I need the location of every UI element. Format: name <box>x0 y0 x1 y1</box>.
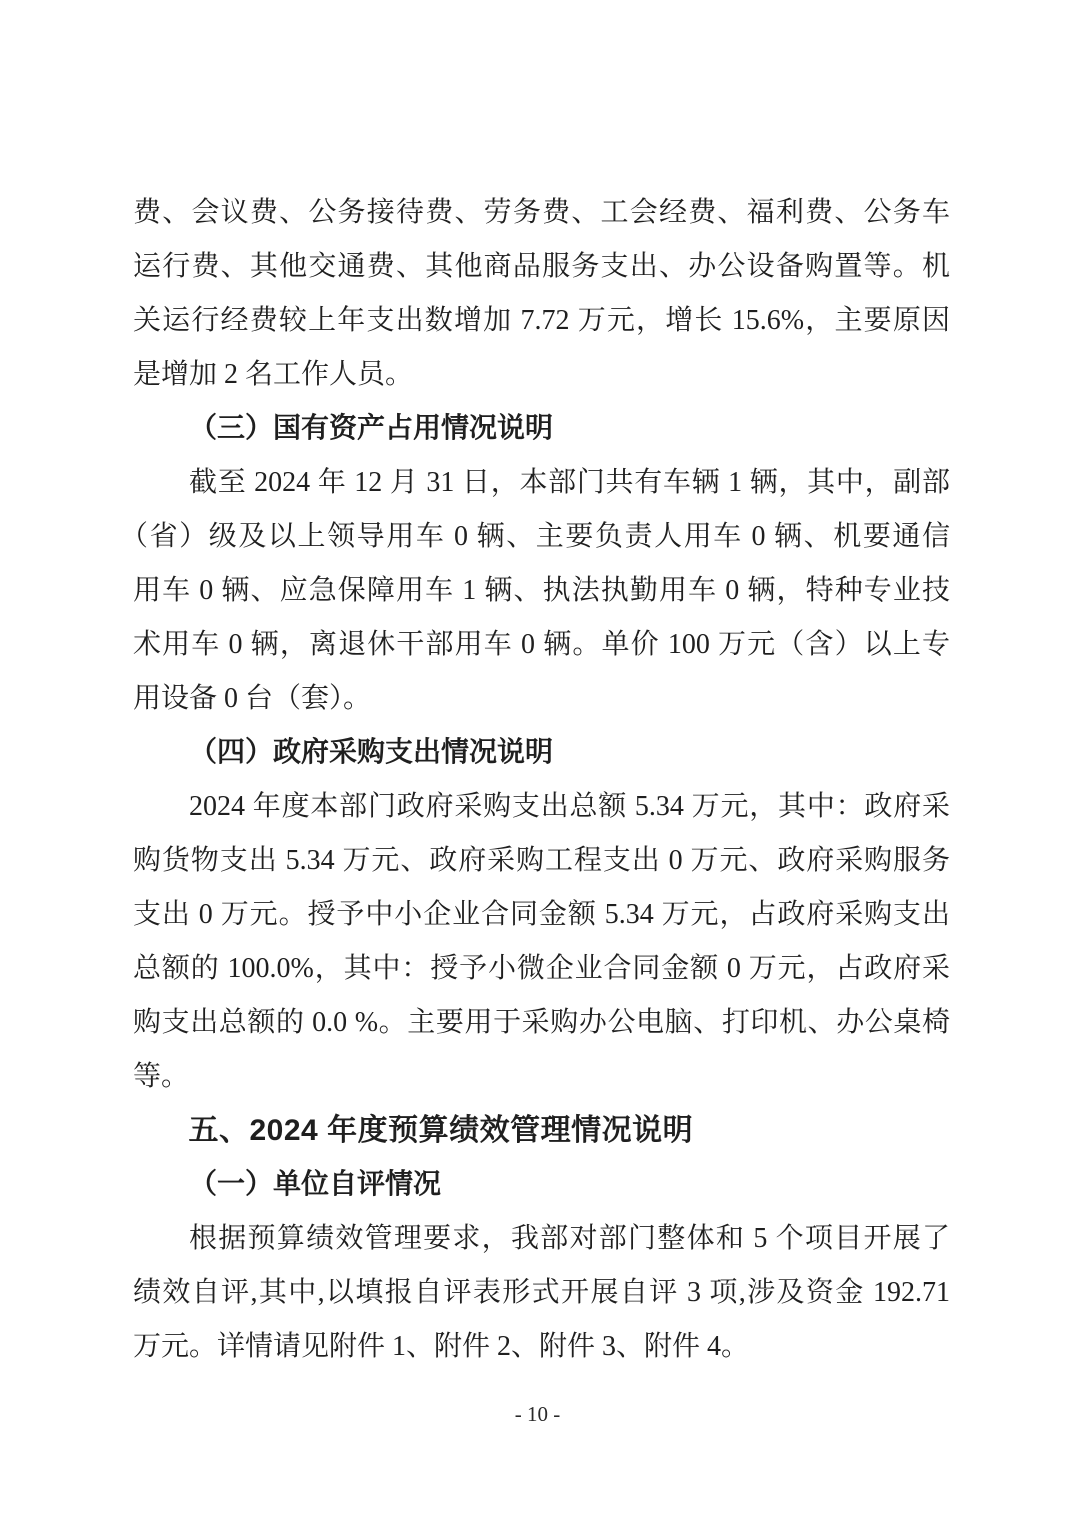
section-heading-gov-procurement: （四）政府采购支出情况说明 <box>133 726 950 780</box>
body-line: 术用车 0 辆，离退休干部用车 0 辆。单价 100 万元（含）以上专 <box>133 618 950 672</box>
body-line: （省）级及以上领导用车 0 辆、主要负责人用车 0 辆、机要通信 <box>120 510 950 564</box>
page-body: 费、会议费、公务接待费、劳务费、工会经费、福利费、公务车 运行费、其他交通费、其… <box>133 186 950 1374</box>
body-line: 运行费、其他交通费、其他商品服务支出、办公设备购置等。机 <box>133 240 950 294</box>
section-heading-self-evaluation: （一）单位自评情况 <box>133 1158 950 1212</box>
body-line: 用车 0 辆、应急保障用车 1 辆、执法执勤用车 0 辆，特种专业技 <box>133 564 950 618</box>
body-line: 截至 2024 年 12 月 31 日，本部门共有车辆 1 辆，其中，副部 <box>133 456 950 510</box>
body-line: 绩效自评,其中,以填报自评表形式开展自评 3 项,涉及资金 192.71 <box>133 1266 950 1320</box>
body-line: 支出 0 万元。授予中小企业合同金额 5.34 万元，占政府采购支出 <box>133 888 950 942</box>
body-line: 总额的 100.0%，其中：授予小微企业合同金额 0 万元，占政府采 <box>133 942 950 996</box>
body-line: 关运行经费较上年支出数增加 7.72 万元，增长 15.6%，主要原因 <box>133 294 950 348</box>
paragraph-last-line: 万元。详情请见附件 1、附件 2、附件 3、附件 4。 <box>133 1320 950 1374</box>
paragraph-last-line: 等。 <box>133 1050 950 1104</box>
paragraph-last-line: 用设备 0 台（套）。 <box>133 672 950 726</box>
document-page: 费、会议费、公务接待费、劳务费、工会经费、福利费、公务车 运行费、其他交通费、其… <box>0 0 1075 1520</box>
body-line: 购货物支出 5.34 万元、政府采购工程支出 0 万元、政府采购服务 <box>133 834 950 888</box>
paragraph-last-line: 是增加 2 名工作人员。 <box>133 348 950 402</box>
body-line: 2024 年度本部门政府采购支出总额 5.34 万元，其中：政府采 <box>133 780 950 834</box>
page-number: - 10 - <box>0 1402 1075 1427</box>
body-line: 费、会议费、公务接待费、劳务费、工会经费、福利费、公务车 <box>133 186 950 240</box>
body-line: 根据预算绩效管理要求，我部对部门整体和 5 个项目开展了 <box>133 1212 950 1266</box>
chapter-heading-performance-management: 五、2024 年度预算绩效管理情况说明 <box>133 1104 950 1158</box>
section-heading-state-assets: （三）国有资产占用情况说明 <box>133 402 950 456</box>
body-line: 购支出总额的 0.0 %。主要用于采购办公电脑、打印机、办公桌椅 <box>133 996 950 1050</box>
